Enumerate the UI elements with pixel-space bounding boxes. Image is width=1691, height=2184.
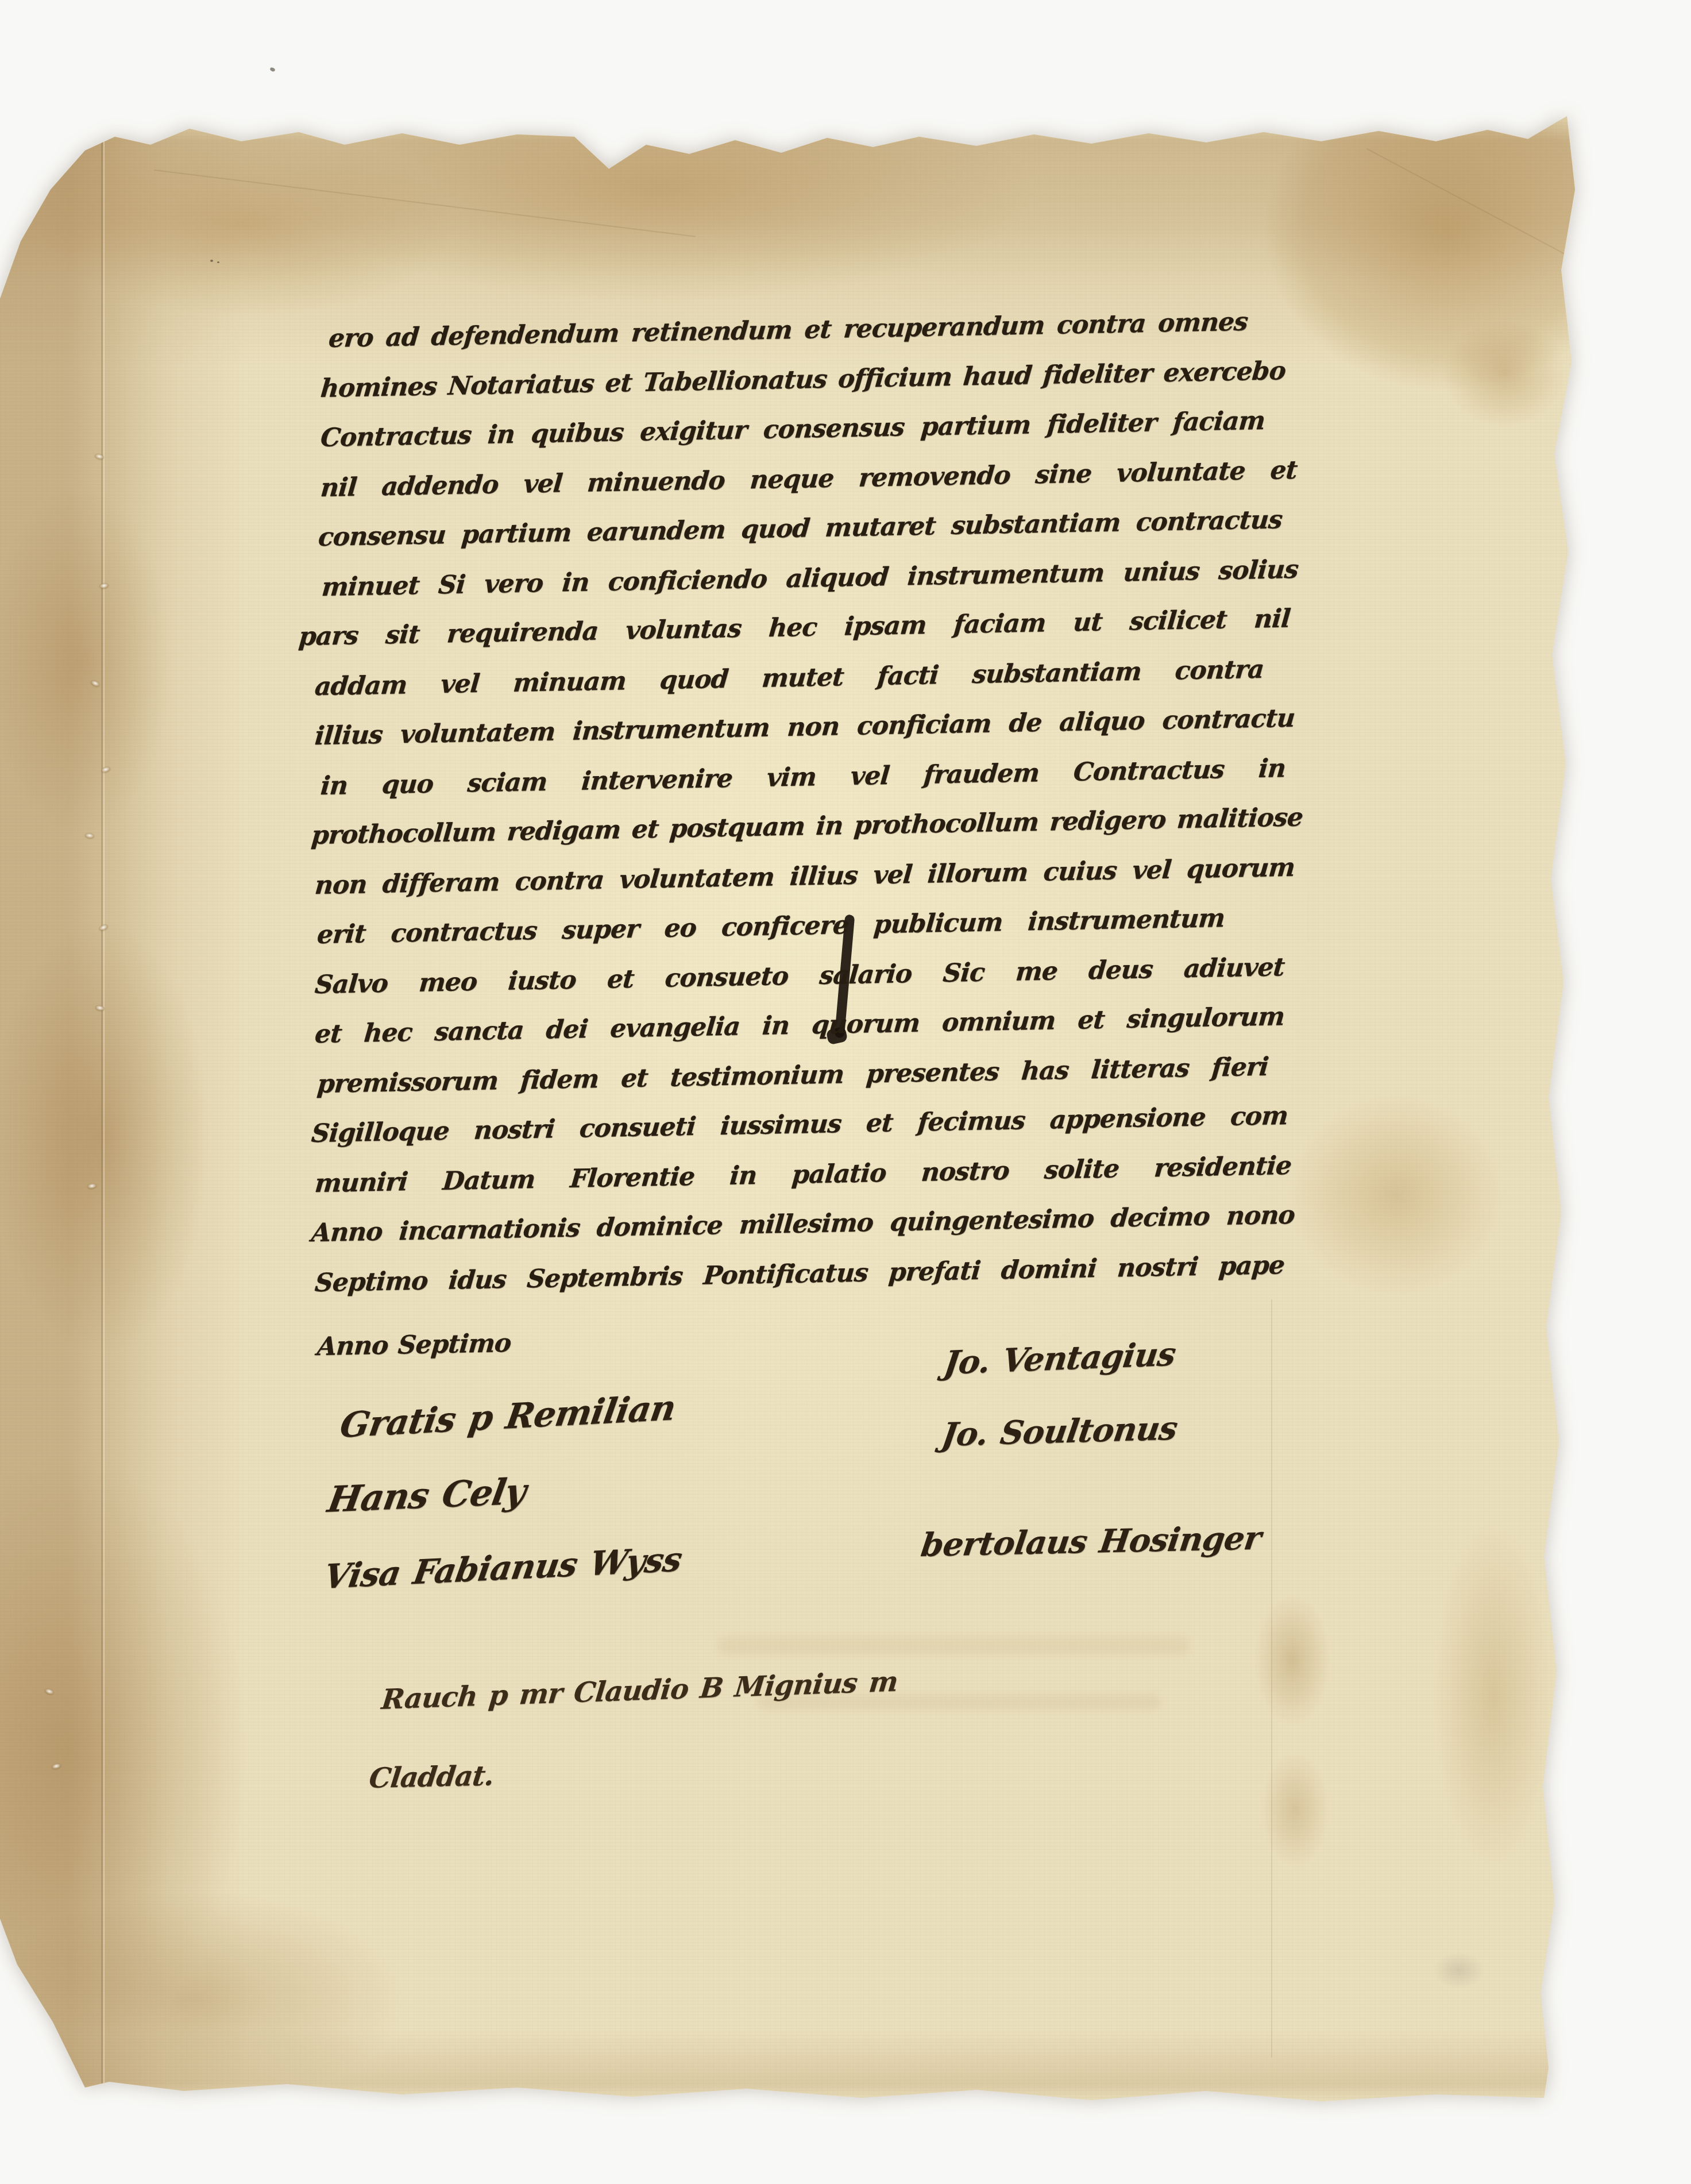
fold-crease [101,138,103,2085]
paper-hole [51,1762,61,1770]
manuscript-line: Sigilloque nostri consueti iussimus et f… [310,1102,1289,1149]
manuscript-line: homines Notariatus et Tabellionatus offi… [319,357,1287,403]
paper-hole [84,832,94,839]
manuscript-line: addam vel minuam quod mutet facti substa… [314,655,1265,702]
chancery-note: Claddat. [368,1762,495,1792]
paper-hole [87,1183,96,1189]
signature: Hans Cely [325,1473,528,1518]
manuscript-line: minuet Si vero in conficiendo aliquod in… [321,555,1299,603]
manuscript-line: premissorum fidem et testimonium present… [316,1053,1269,1099]
fold-crease-highlight [103,138,105,2085]
manuscript-line: prothocollum redigam et postquam in prot… [310,803,1304,850]
manuscript-line: in quo sciam intervenire vim vel fraudem… [319,754,1287,801]
manuscript-line: Anno incarnationis dominice millesimo qu… [310,1201,1296,1248]
manuscript-page: ero ad defendendum retinendum et recuper… [0,0,1691,2184]
paper-hole [90,679,101,688]
signature: Jo. Ventagius [942,1338,1177,1379]
manuscript-line: pars sit requirenda voluntas hec ipsam f… [298,604,1291,651]
manuscript-line: et hec sancta dei evangelia in quorum om… [314,1002,1285,1049]
ink-speck [217,261,219,263]
signature: Visa Fabianus Wyss [322,1542,684,1593]
crease-line [1366,148,1570,257]
manuscript-line: erit contractus super eo conficere publi… [316,904,1226,950]
manuscript-line: non differam contra voluntatem illius ve… [314,854,1296,901]
signature: Gratis p Remilian [338,1391,678,1443]
signature: Jo. Soultonus [940,1412,1179,1451]
manuscript-line: Contractus in quibus exigitur consensus … [319,407,1266,453]
ink-speck [210,260,213,262]
manuscript-line: Anno Septimo [316,1329,512,1362]
scanner-bed: ero ad defendendum retinendum et recuper… [0,0,1691,2184]
manuscript-line: ero ad defendendum retinendum et recuper… [327,308,1249,354]
paper-hole [99,582,109,589]
manuscript-line: Septimo idus Septembris Pontificatus pre… [314,1251,1285,1298]
manuscript-line: nil addendo vel minuendo neque removendo… [319,456,1298,503]
crease-line [154,169,696,237]
manuscript-line: illius voluntatem instrumentum non confi… [314,704,1296,751]
manuscript-line: muniri Datum Florentie in palatio nostro… [314,1152,1292,1199]
manuscript-page-wrap: ero ad defendendum retinendum et recuper… [0,0,1691,2184]
paper-hole [44,1688,55,1696]
crease-line [1271,1299,1272,2058]
ink-bleedthrough [718,1637,1189,1654]
signature: bertolaus Hosinger [919,1522,1263,1561]
manuscript-line: Salvo meo iusto et consueto salario Sic … [314,953,1285,1000]
manuscript-line: consensu partium earundem quod mutaret s… [317,506,1283,552]
